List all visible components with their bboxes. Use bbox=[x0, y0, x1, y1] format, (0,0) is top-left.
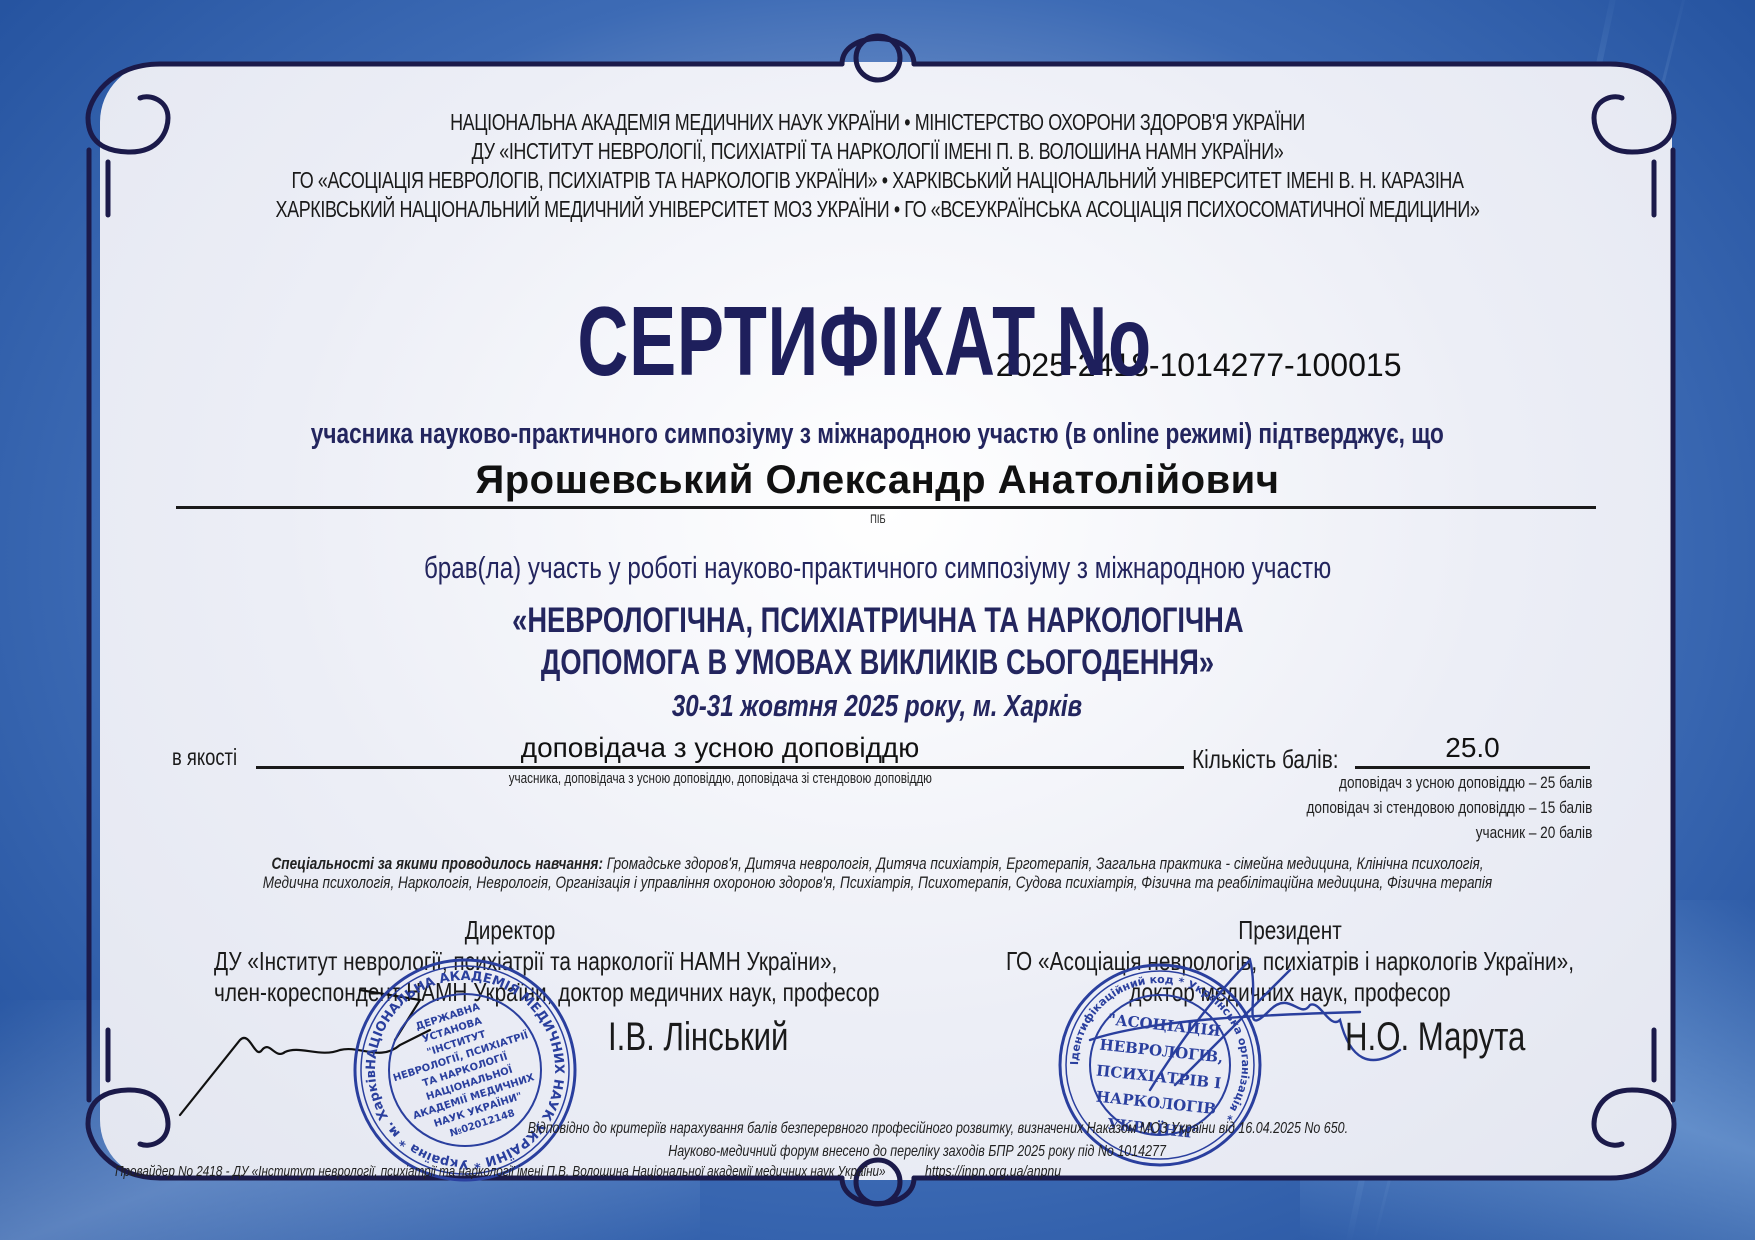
symposium-title: «НЕВРОЛОГІЧНА, ПСИХІАТРИЧНА ТА НАРКОЛОГІ… bbox=[0, 600, 1755, 684]
specialties-label: Спеціальності за якими проводилось навча… bbox=[271, 854, 602, 873]
director-name: І.В. Лінський bbox=[608, 1015, 788, 1060]
cpd-registry-note: Науково-медичний форум внесено до перелі… bbox=[40, 1143, 1755, 1161]
header-line: ХАРКІВСЬКИЙ НАЦІОНАЛЬНИЙ МЕДИЧНИЙ УНІВЕР… bbox=[193, 195, 1562, 224]
signer-president: Президент ГО «Асоціація неврологів, псих… bbox=[920, 915, 1660, 1008]
signer-role: Директор bbox=[214, 915, 806, 946]
name-caption: ПІБ bbox=[0, 512, 1755, 526]
score-rule: доповідач з усною доповіддю – 25 балів bbox=[1306, 770, 1592, 795]
issuing-organizations: НАЦІОНАЛЬНА АКАДЕМІЯ МЕДИЧНИХ НАУК УКРАЇ… bbox=[0, 108, 1755, 224]
specialties-line: Медична психологія, Наркологія, Невролог… bbox=[263, 873, 1492, 892]
participation-text: брав(ла) участь у роботі науково-практич… bbox=[0, 550, 1755, 586]
role-value: доповідача з усною доповіддю bbox=[256, 732, 1184, 764]
signer-titles: доктор медичних наук, професор bbox=[994, 977, 1586, 1008]
certificate-title: СЕРТИФІКАТ No bbox=[577, 285, 1151, 398]
score-rules: доповідач з усною доповіддю – 25 балів д… bbox=[1235, 770, 1592, 845]
role-hint: учасника, доповідача з усною доповіддю, … bbox=[256, 770, 1184, 787]
score-value: 25.0 bbox=[1355, 732, 1590, 764]
cpd-legal-note: Відповідно до критеріїв нарахування балі… bbox=[60, 1120, 1755, 1138]
recipient-name: Ярошевський Олександр Анатолійович bbox=[0, 458, 1755, 503]
role-label: в якості bbox=[172, 744, 237, 771]
signer-titles: член-кореспондент НАМН України, доктор м… bbox=[214, 977, 806, 1008]
score-rule: доповідач зі стендовою доповіддю – 15 ба… bbox=[1306, 795, 1592, 820]
header-line: ГО «АСОЦІАЦІЯ НЕВРОЛОГІВ, ПСИХІАТРІВ ТА … bbox=[193, 166, 1562, 195]
score-underline bbox=[1355, 766, 1590, 769]
header-line: ДУ «ІНСТИТУТ НЕВРОЛОГІЇ, ПСИХІАТРІЇ ТА Н… bbox=[193, 137, 1562, 166]
signer-role: Президент bbox=[994, 915, 1586, 946]
signer-director: Директор ДУ «Інститут неврології, психіа… bbox=[140, 915, 880, 1008]
name-underline bbox=[176, 506, 1596, 509]
specialties-list: Спеціальності за якими проводилось навча… bbox=[0, 854, 1755, 892]
certificate-title-row: СЕРТИФІКАТ No 2025-2418-1014277-100015 bbox=[0, 285, 1755, 398]
president-name: Н.О. Марута bbox=[1345, 1015, 1525, 1060]
website-link[interactable]: https://inpn.org.ua/anpnu bbox=[925, 1163, 1061, 1180]
symposium-date-place: 30-31 жовтня 2025 року, м. Харків bbox=[0, 688, 1755, 724]
confirm-text: учасника науково-практичного симпозіуму … bbox=[0, 418, 1755, 451]
signer-org: ДУ «Інститут неврології, психіатрії та н… bbox=[214, 946, 806, 977]
specialties-line: Громадське здоров'я, Дитяча неврологія, … bbox=[607, 854, 1484, 873]
provider-info: Провайдер No 2418 - ДУ «Інститут невроло… bbox=[115, 1163, 886, 1180]
header-line: НАЦІОНАЛЬНА АКАДЕМІЯ МЕДИЧНИХ НАУК УКРАЇ… bbox=[193, 108, 1562, 137]
role-underline bbox=[256, 766, 1184, 769]
signer-org: ГО «Асоціація неврологів, психіатрів і н… bbox=[994, 946, 1586, 977]
score-rule: учасник – 20 балів bbox=[1306, 820, 1592, 845]
